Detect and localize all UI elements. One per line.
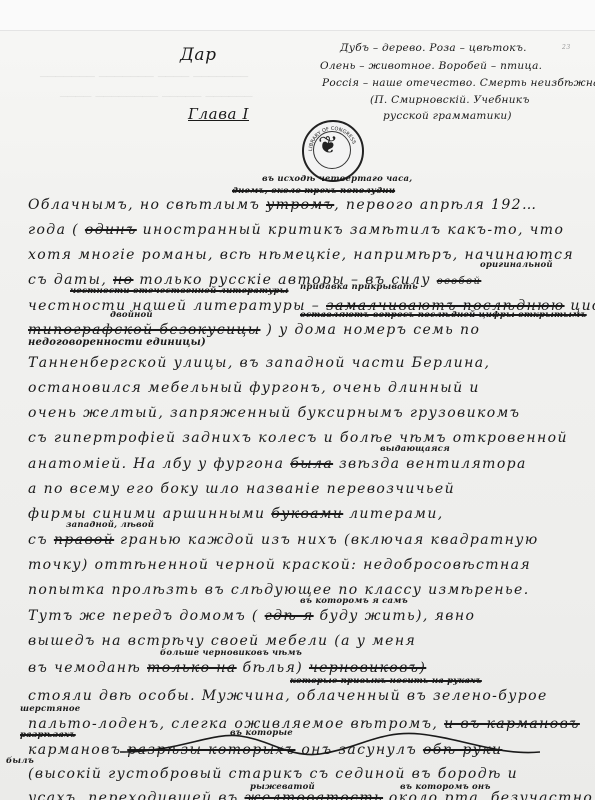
chapter-heading: Глава I <box>188 105 249 123</box>
struck-text: только на <box>147 660 237 676</box>
text-line: остановился мебельный фургонъ, очень дли… <box>28 380 480 396</box>
text-line: въ чемоданѣ только на бѣлья) черновиковъ… <box>28 660 426 676</box>
insertion-struck: днемъ, около трехъ пополудни <box>232 186 395 196</box>
chapter-label: Глава I <box>188 105 249 123</box>
text: бѣлья) <box>243 660 304 676</box>
struck-text: разрѣзахъ <box>20 730 76 740</box>
insertion: въ исходѣ четвертаго часа, <box>262 174 412 184</box>
text-line: попытка пролѣзть въ слѣдующее по классу … <box>28 582 530 598</box>
epigraph-line: Россія – наше отечество. Смерть неизбѣжн… <box>322 77 595 89</box>
insertion: шерстяное <box>20 704 80 714</box>
insertion: двойной <box>110 310 153 320</box>
text-line: вышедъ на встрѣчу своей мебели (а у меня <box>28 633 416 649</box>
text: звѣзда вентилятора <box>339 456 527 472</box>
struck-text: черновиковъ) <box>309 660 426 676</box>
text: литерами, <box>349 506 443 522</box>
page-note: 23 <box>562 44 571 51</box>
manuscript-title: Дар <box>180 45 217 65</box>
struck-text: буквами <box>271 506 343 522</box>
bleed-through-text: ──── ──────── ───── ────── <box>60 90 252 105</box>
epigraph-line: Олень – животное. Воробей – птица. <box>320 60 542 72</box>
text-line: стояли двѣ особы. Мужчина, облаченный въ… <box>28 688 548 704</box>
struck-text: оставляютъ вопросъ послѣдней цифры откры… <box>300 310 587 320</box>
struck-text: днемъ, около трехъ пополудни <box>232 186 395 196</box>
text-line: анатоміей. На лбу у фургона была звѣзда … <box>28 456 527 472</box>
epigraph-line: Дубъ – дерево. Роза – цвѣтокъ. <box>340 42 527 54</box>
insertion-struck: честности отечественной литературы <box>70 286 288 296</box>
manuscript-page: ─────── ─────── ──── ─────── ──── ──────… <box>0 0 595 800</box>
text-line: Танненбергской улицы, въ западной части … <box>28 355 490 371</box>
text-line: съ гипертрофіей заднихъ колесъ и болѣе ч… <box>28 430 568 446</box>
insertion: былъ <box>6 756 34 766</box>
text: иностранный критикъ замѣтилъ какъ-то, чт… <box>143 222 565 238</box>
insertion: прибавка прикрывать <box>300 282 418 292</box>
bleed-through-text: ─────── ─────── ──── ─────── <box>40 70 248 85</box>
struck-text: особой <box>437 276 482 287</box>
struck-text: правой <box>54 532 114 548</box>
text: анатоміей. На лбу у фургона <box>28 456 284 472</box>
struck-text: гдѣ я <box>265 608 314 624</box>
scan-edge <box>0 0 595 31</box>
insertion-struck: которые привыкъ носить на рукахъ <box>290 676 482 686</box>
transposition-curve <box>120 730 540 760</box>
struck-text: желтоватость <box>245 790 384 800</box>
text: около рта, безучастно <box>389 790 593 800</box>
text: кармановъ <box>28 742 121 758</box>
text-line: Тутъ же передъ домомъ ( гдѣ я буду жить)… <box>28 608 475 624</box>
text-line: (высокій густобровый старикъ съ сединой … <box>28 766 518 782</box>
eagle-emblem-icon: ❦ <box>318 133 338 157</box>
insertion: оригинальной <box>480 260 553 270</box>
epigraph-attribution: (П. Смирновскій. Учебникъ <box>370 94 530 106</box>
text-line: типографской безвкусицы ) у дома номеръ … <box>28 322 480 338</box>
text: Облачнымъ, но свѣтлымъ <box>28 197 260 213</box>
insertion: больше черновиковъ чѣмъ <box>160 648 302 658</box>
text-line: очень желтый, запряженный буксирнымъ гру… <box>28 405 520 421</box>
text: Тутъ же передъ домомъ ( <box>28 608 259 624</box>
text-line: а по всему его боку шло названіе перевоз… <box>28 481 455 497</box>
text: года ( <box>28 222 79 238</box>
text-line: точку) оттѣненной черной краской: недобр… <box>28 557 531 573</box>
struck-text: типографской безвкусицы <box>28 322 261 338</box>
insertion-struck: оставляютъ вопросъ послѣдней цифры откры… <box>300 310 587 320</box>
struck-text: честности отечественной литературы <box>70 286 288 296</box>
text-line: усахъ, переходившей въ желтоватость окол… <box>28 790 593 800</box>
struck-text: которые привыкъ носить на рукахъ <box>290 676 482 686</box>
epigraph-attribution: русской грамматики) <box>383 110 512 122</box>
text-line: года ( одинъ иностранный критикъ замѣтил… <box>28 222 564 238</box>
struck-text: была <box>290 456 333 472</box>
insertion: въ которомъ я самъ <box>300 596 408 606</box>
struck-text: одинъ <box>85 222 137 238</box>
text: усахъ, переходившей въ <box>28 790 239 800</box>
insertion-struck: разрѣзахъ <box>20 730 76 740</box>
text: буду жить), явно <box>320 608 476 624</box>
library-stamp: LIBRARY OF CONGRESS ❦ <box>302 120 364 182</box>
struck-text: утромъ <box>266 197 334 213</box>
insertion: западной, лѣвой <box>66 520 154 530</box>
text: въ чемоданѣ <box>28 660 141 676</box>
text: ) у дома номеръ семь по <box>266 322 480 338</box>
text: , первого апрѣля 192… <box>334 197 537 213</box>
text: гранью каждой изъ нихъ (включая квадратн… <box>120 532 539 548</box>
text-line: Облачнымъ, но свѣтлымъ утромъ, первого а… <box>28 197 537 213</box>
text-line: съ правой гранью каждой изъ нихъ (включа… <box>28 532 539 548</box>
text: честности нашей литературы – <box>28 298 320 314</box>
insertion: недоговоренности единицы) <box>28 337 206 348</box>
insertion: выдающаяся <box>380 444 450 454</box>
text: съ <box>28 532 48 548</box>
